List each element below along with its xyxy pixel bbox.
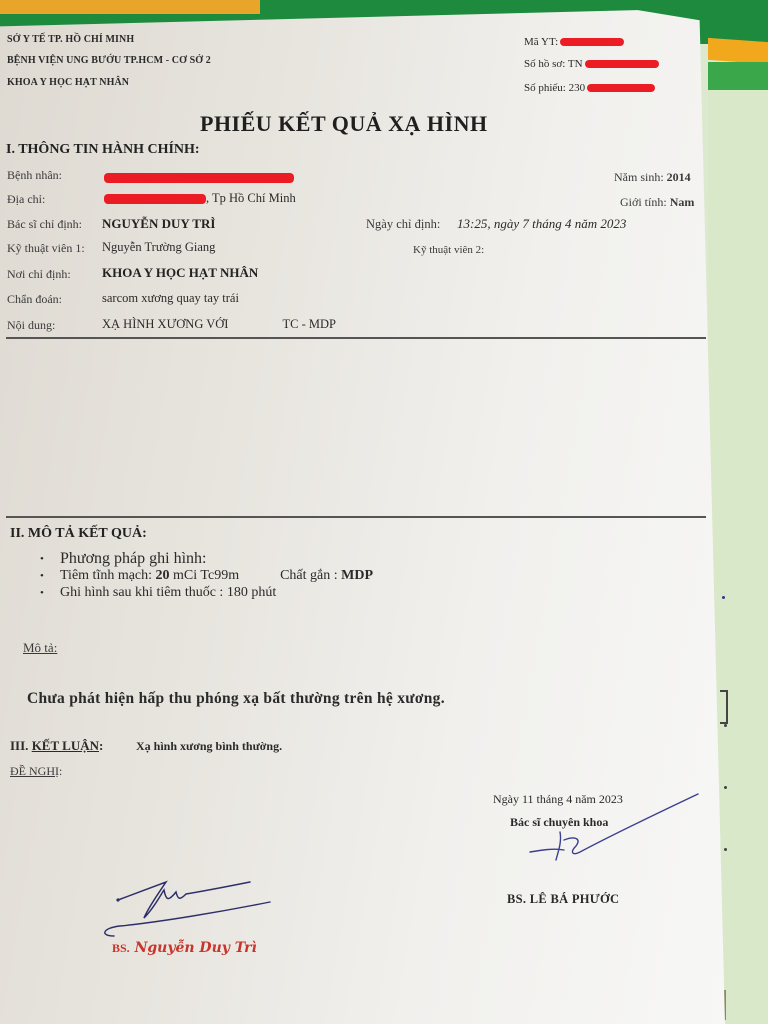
stamp-prefix: BS. [112,941,130,955]
patient-label: Bệnh nhân: [7,168,62,183]
so-phieu-field: Số phiếu: 230 [524,82,655,94]
content-label: Nội dung: [7,318,55,333]
description-label: Mô tả: [23,640,57,656]
gender-label: Giới tính: [620,195,667,209]
injection-item: Tiêm tĩnh mạch: 20 mCi Tc99m Chất gắn : … [34,568,373,584]
dose-unit: mCi Tc99m [173,568,239,583]
dot-mark [724,786,727,789]
method-label: Phương pháp ghi hình: [60,550,206,567]
redaction-mark [560,38,624,46]
redaction-mark [104,194,206,204]
blue-dot [722,596,725,599]
birth-year-field: Năm sinh: 2014 [614,170,691,185]
conclusion-heading-text: KẾT LUẬN [32,738,99,753]
order-date-value: 13:25, ngày 7 tháng 4 năm 2023 [457,216,626,232]
address-value: , Tp Hồ Chí Minh [102,191,296,206]
method-list: Phương pháp ghi hình: Tiêm tĩnh mạch: 20… [34,551,373,601]
finding-text: Chưa phát hiện hấp thu phóng xạ bất thườ… [27,690,445,708]
tech1-label: Kỹ thuật viên 1: [7,241,85,256]
birth-year-value: 2014 [667,170,691,184]
folder-yellow-edge [0,0,260,14]
ma-yt-field: Mã YT: [524,36,624,48]
conclusion-prefix: III. [10,738,28,753]
injection-label: Tiêm tĩnh mạch: [60,568,152,583]
imaging-after-label: Ghi hình sau khi tiêm thuốc : [60,585,223,600]
content-part1: XẠ HÌNH XƯƠNG VỚI [102,317,228,331]
birth-year-label: Năm sinh: [614,170,664,184]
ordering-doctor-label: Bác sĩ chỉ định: [7,217,82,232]
so-ho-so-label: Số hồ sơ: [524,58,565,70]
address-visible: , Tp Hồ Chí Minh [206,191,296,205]
org-line-hospital: BỆNH VIỆN UNG BƯỚU TP.HCM - CƠ SỞ 2 [7,55,211,66]
dot-mark [724,848,727,851]
tracer-label: Chất gắn : [280,568,338,583]
folder-yellow-band [708,38,768,64]
section-results-heading: II. MÔ TẢ KẾT QUẢ: [10,526,147,542]
tech1-value: Nguyễn Trường Giang [102,240,215,255]
diagnosis-value: sarcom xương quay tay trái [102,291,239,306]
imaging-after-value: 180 phút [227,585,276,600]
signature-scribble-left [100,870,300,950]
specialist-doctor-name: BS. LÊ BÁ PHƯỚC [507,892,619,907]
section-admin-info-heading: I. THÔNG TIN HÀNH CHÍNH: [6,142,200,158]
org-line-department: KHOA Y HỌC HẠT NHÂN [7,77,129,88]
content-value: XẠ HÌNH XƯƠNG VỚI TC - MDP [102,317,336,332]
org-line-department-of-health: SỞ Y TẾ TP. HỒ CHÍ MINH [7,34,134,45]
folder-marks [718,560,768,980]
ordering-dept-label: Nơi chỉ định: [7,267,71,282]
divider-line [6,516,706,518]
dose-value: 20 [156,568,170,583]
patient-name-redacted [102,169,294,187]
tracer-value: MDP [341,568,373,583]
redaction-mark [587,84,655,92]
so-phieu-label: Số phiếu: [524,82,566,94]
doctor-stamp: BS. Nguyễn Duy Trì [112,940,257,956]
bracket-mark [720,690,728,724]
recommendation-field: ĐỀ NGHỊ: [10,764,62,779]
ordering-doctor-value: NGUYỄN DUY TRÌ [102,216,215,232]
dot-mark [724,724,727,727]
ordering-dept-value: KHOA Y HỌC HẠT NHÂN [102,265,258,281]
diagnosis-label: Chẩn đoán: [7,292,62,307]
divider-line [6,337,706,339]
stamp-name: Nguyễn Duy Trì [135,940,257,956]
document-title: PHIẾU KẾT QUẢ XẠ HÌNH [200,111,488,137]
redaction-mark [585,60,659,68]
tech2-label: Kỹ thuật viên 2: [413,244,484,256]
imaging-time-item: Ghi hình sau khi tiêm thuốc : 180 phút [34,585,373,601]
so-phieu-prefix: 230 [569,82,586,94]
recommendation-label: ĐỀ NGHỊ [10,764,59,778]
folder-green-band [708,62,768,92]
ma-yt-label: Mã YT: [524,36,558,48]
so-ho-so-field: Số hồ sơ: TN [524,58,659,70]
conclusion-value: Xạ hình xương bình thường. [136,739,282,754]
gender-field: Giới tính: Nam [620,195,694,210]
gender-value: Nam [670,195,695,209]
so-ho-so-prefix: TN [568,58,583,70]
conclusion-heading: III. KẾT LUẬN: [10,738,103,754]
content-part2: TC - MDP [283,317,336,331]
address-label: Địa chỉ: [7,192,45,207]
method-item: Phương pháp ghi hình: [34,551,373,567]
redaction-mark [104,173,294,183]
signature-scribble-right [520,790,710,870]
order-date-label: Ngày chỉ định: [366,217,440,232]
